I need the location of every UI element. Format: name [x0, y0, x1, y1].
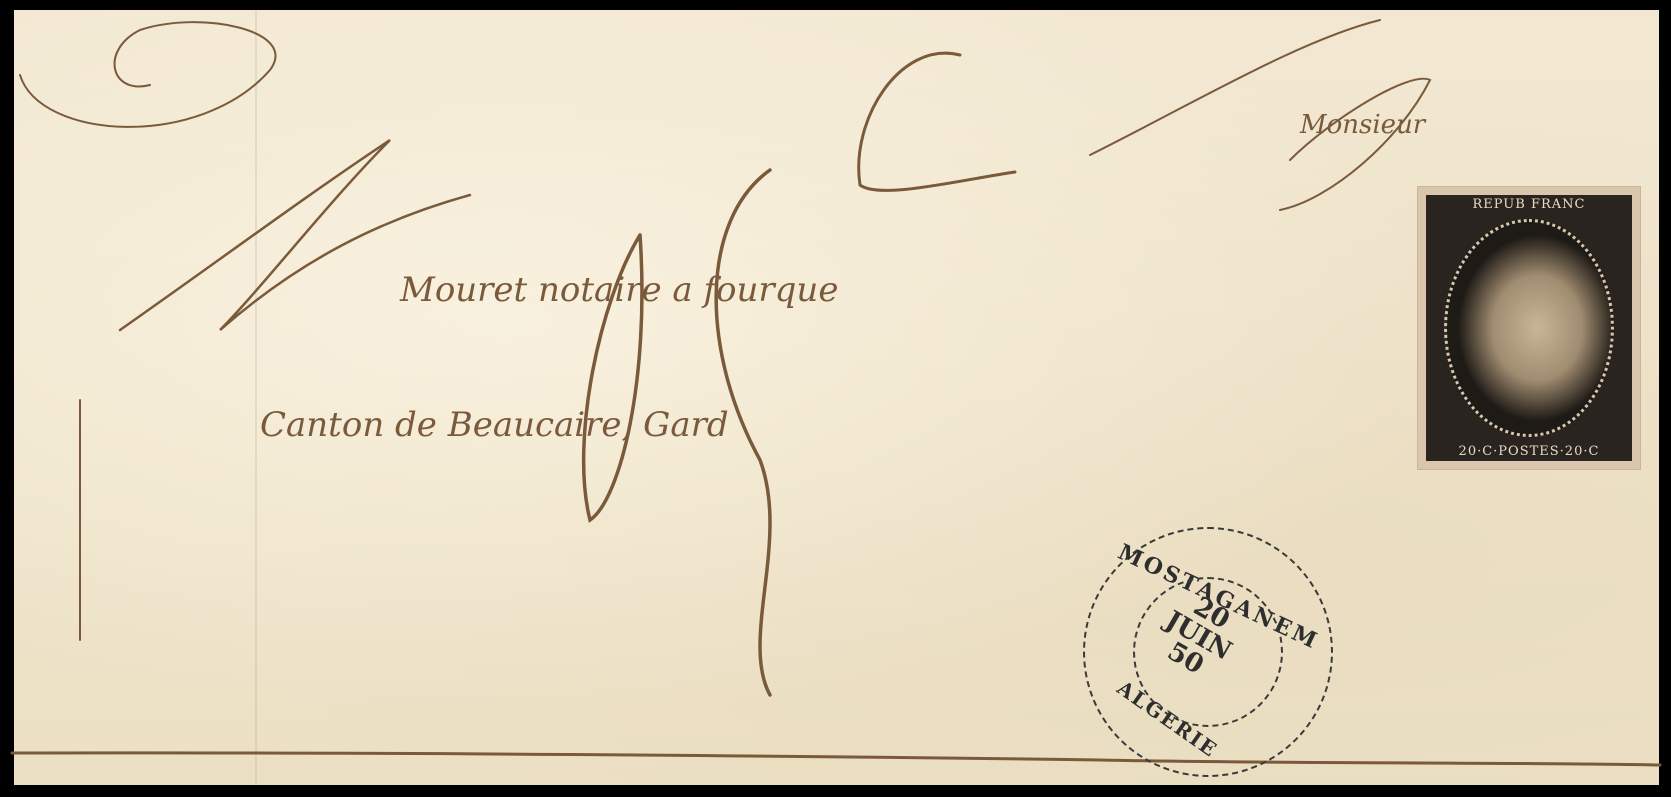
address-line-1: Mouret notaire a fourque	[400, 270, 838, 310]
addressee-title: Monsieur	[1300, 110, 1425, 140]
address-line-2: Canton de Beaucaire, Gard	[260, 405, 729, 445]
ceres-head-icon	[1444, 219, 1614, 437]
postmark: MOSTAGANEM 20 JUIN 50 ALGERIE	[1083, 527, 1333, 777]
stamp-bottom-label: 20·C·POSTES·20·C	[1426, 444, 1632, 459]
stamp-top-label: REPUB FRANC	[1426, 197, 1632, 212]
stamp-frame: REPUB FRANC 20·C·POSTES·20·C	[1426, 195, 1632, 461]
postage-stamp: REPUB FRANC 20·C·POSTES·20·C	[1417, 186, 1641, 470]
